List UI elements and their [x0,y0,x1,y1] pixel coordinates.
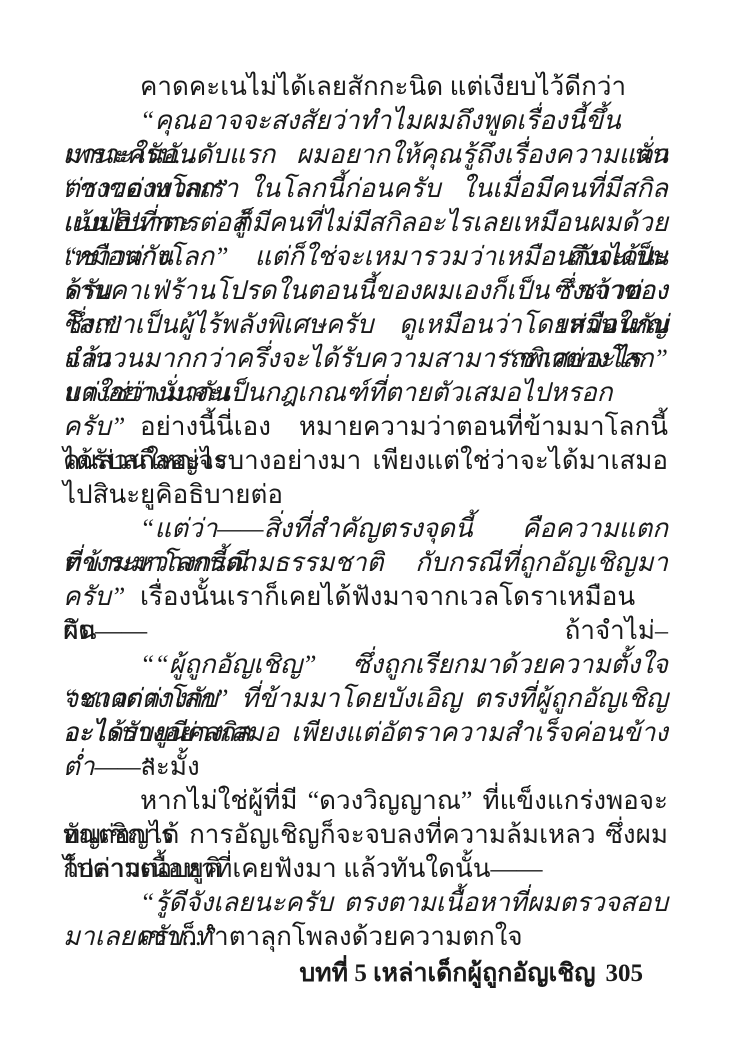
page-footer: บทที่ 5 เหล่าเด็กผู้ถูกอัญเชิญ305 [299,953,643,993]
dialogue-paragraph: “คุณอาจจะสงสัยว่าทำไมผมถึงพูดเรื่องนี้ขึ… [63,104,668,410]
text-line: จำนวนมากกว่าครึ่งจะได้รับความสามารถพิเศษ… [63,342,668,376]
narration-paragraph: ละมั้ง [63,750,668,784]
text-line: เรื่องนั้นเราก็เคยได้ฟังมาจากเวลโดราเหมื… [63,580,668,614]
text-line: เขาก็ทำตาลุกโพลงด้วยความตกใจ [63,920,668,954]
dialogue-paragraph: ““ผู้ถูกอัญเชิญ” ซึ่งถูกเรียกมาด้วยความต… [63,648,668,750]
text-line: เพราะในอันดับแรก ผมอยากให้คุณรู้ถึงเรื่อ… [63,138,668,172]
narration-paragraph: เรื่องนั้นเราก็เคยได้ฟังมาจากเวลโดราเหมื… [63,580,668,648]
dialogue-paragraph: “แต่ว่า——สิ่งที่สำคัญตรงจุดนี้ คือความแต… [63,512,668,580]
text-line: ร้านคาเฟ่ร้านโปรดในตอนนี้ของผมเองก็เป็น … [63,274,668,308]
text-line: ที่ข้ามมาโลกนี้ตามธรรมชาติ กับกรณีที่ถูก… [63,546,668,580]
text-line: ไปตามเนื้อหาที่เคยฟังมา แล้วทันใดนั้น—— [63,852,668,886]
chapter-label: บทที่ 5 เหล่าเด็กผู้ถูกอัญเชิญ [299,960,595,987]
page-text-body: คาดคะเนไม่ได้เลยสักกะนิด แต่เงียบไว้ดีกว… [63,70,668,954]
narration-paragraph: ยูคิอธิบายต่อ [63,478,668,512]
narration-paragraph: เขาก็ทำตาลุกโพลงด้วยความตกใจ [63,920,668,954]
text-line: “แต่ว่า——สิ่งที่สำคัญตรงจุดนี้ คือความแต… [63,512,668,546]
text-line: คาดคะเนไม่ได้เลยสักกะนิด แต่เงียบไว้ดีกว… [63,70,668,104]
text-line: อัญเชิญได้ การอัญเชิญก็จะจบลงที่ความล้มเ… [63,818,668,852]
book-page: คาดคะเนไม่ได้เลยสักกะนิด แต่เงียบไว้ดีกว… [0,0,738,1051]
text-line: แต่ใช่ว่านั่นจะเป็นกฎเกณฑ์ที่ตายตัวเสมอไ… [63,376,668,410]
text-line: “ชาวต่างโลก” แต่ก็ใช่จะเหมารวมว่าเหมือนก… [63,240,668,274]
text-line: “ชาวต่างโลก” ในโลกนี้ก่อนครับ ในเมื่อมีค… [63,172,668,206]
text-line: “ชาวต่างโลก” ที่ข้ามมาโดยบังเอิญ ตรงที่ผ… [63,682,668,716]
text-line: ได้รับสกิลอะไรบางอย่างมา เพียงแต่ใช่ว่าจ… [63,444,668,478]
text-line: “รู้ดีจังเลยนะครับ ตรงตามเนื้อหาที่ผมตรว… [63,886,668,920]
text-line: ““ผู้ถูกอัญเชิญ” ซึ่งถูกเรียกมาด้วยความต… [63,648,668,682]
text-line: แบบฮินาตะ ก็มีคนที่ไม่มีสกิลอะไรเลยเหมือ… [63,206,668,240]
narration-paragraph: อย่างนี้นี่เอง หมายความว่าตอนที่ข้ามมาโล… [63,410,668,478]
narration-paragraph: คาดคะเนไม่ได้เลยสักกะนิด แต่เงียบไว้ดีกว… [63,70,668,104]
dialogue-paragraph: “รู้ดีจังเลยนะครับ ตรงตามเนื้อหาที่ผมตรว… [63,886,668,920]
text-line: ซึ่งเขาเป็นผู้ไร้พลังพิเศษครับ ดูเหมือนว… [63,308,668,342]
text-line: อะไรบางอย่างเสมอ เพียงแต่อัตราความสำเร็จ… [63,716,668,750]
text-line: “คุณอาจจะสงสัยว่าทำไมผมถึงพูดเรื่องนี้ขึ… [63,104,668,138]
narration-paragraph: หากไม่ใช่ผู้ที่มี “ดวงวิญญาณ” ที่แข็งแกร… [63,784,668,886]
text-line: อย่างนี้นี่เอง หมายความว่าตอนที่ข้ามมาโล… [63,410,668,444]
text-line: หากไม่ใช่ผู้ที่มี “ดวงวิญญาณ” ที่แข็งแกร… [63,784,668,818]
page-number: 305 [606,960,644,987]
text-line: ละมั้ง [63,750,668,784]
text-line: ยูคิอธิบายต่อ [63,478,668,512]
